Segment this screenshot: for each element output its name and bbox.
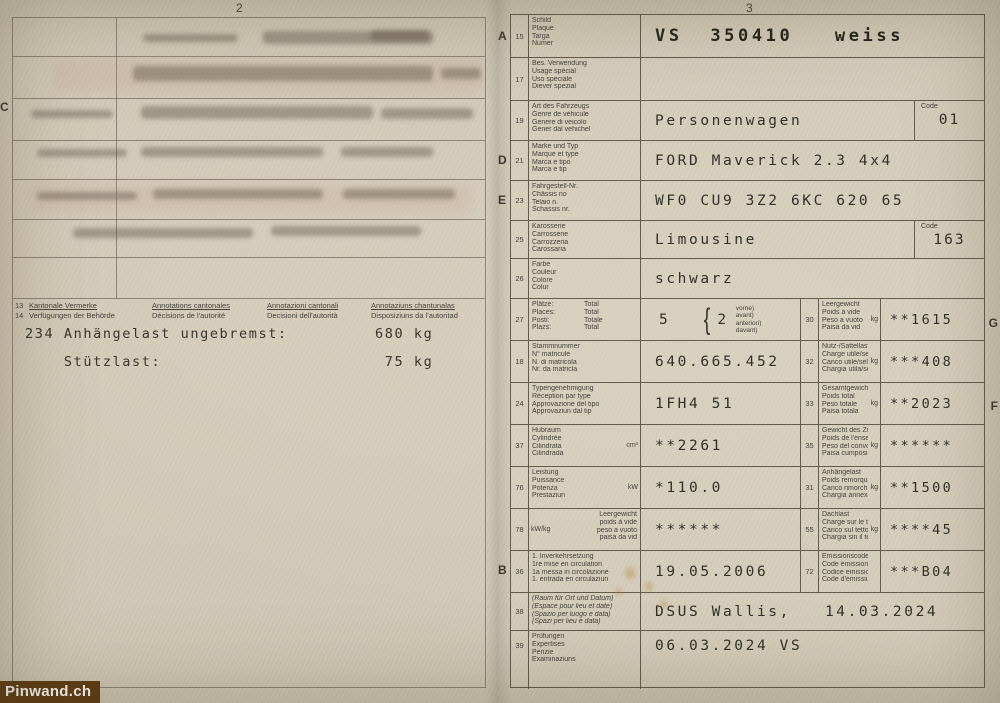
field-value-cell: 19.05.2006 <box>641 551 800 592</box>
label-total: Total <box>584 309 599 317</box>
field-labels: Art des Fahrzeugs Genre de véhicule Gene… <box>529 101 641 140</box>
remarks-header-rm: Annotaziuns chantunalas Disposiziuns da … <box>371 301 458 320</box>
field-value-cell: ****** <box>641 509 800 550</box>
label-de: Gewicht des Zuges <box>822 427 868 435</box>
label-rm: Paisa totala <box>822 408 868 416</box>
roof-load-value: ****45 <box>890 522 953 538</box>
field-labels: Karosserie Carrosserie Carrozzeria Caros… <box>529 221 641 258</box>
code-cell: Code 01 <box>914 101 984 140</box>
power-weight-value: ****** <box>655 522 723 538</box>
remarks-header-it: Annotazioni cantonali Decisioni dell'aut… <box>267 301 338 320</box>
field-76-power: 76 Leistung Puissance Potenza Prestaziun… <box>511 467 801 508</box>
field-value-cell: Limousine <box>641 221 914 258</box>
label-de: Leergewicht <box>532 511 638 519</box>
field-18-serial: 18 Stammnummer N° matricule N. di matric… <box>511 341 801 382</box>
label-de: Dachlast <box>822 511 868 519</box>
train-weight-value: ****** <box>890 438 953 454</box>
field-number: 21 <box>511 141 529 180</box>
field-labels: Stammnummer N° matricule N. di matricola… <box>529 341 641 382</box>
label-it: Peso a vuoto <box>822 317 868 325</box>
label-it: Uso speciale <box>532 76 638 84</box>
remarks-header-de: Kantonale Vermerke Verfügungen der Behör… <box>29 301 115 320</box>
label-it: Peso totale <box>822 401 868 409</box>
field-row-25: 25 Karosserie Carrosserie Carrozzeria Ca… <box>511 221 984 259</box>
label-rm: paisa da vid <box>532 534 638 542</box>
label-de: Typengenehmigung <box>532 385 638 393</box>
paper-stain <box>625 567 635 579</box>
label-de: Karosserie <box>532 223 638 231</box>
field-value-cell: Personenwagen <box>641 101 914 140</box>
label-de: Hubraum <box>532 427 638 435</box>
field-value-cell: **1500 <box>881 467 984 508</box>
field-55-roof-load: 55 Dachlast Charge sur le toit Carico su… <box>801 509 984 550</box>
field-row-15-plate: 15 Schild Plaque Targa Numer VS 350410 w… <box>511 15 984 58</box>
field-labels: Dachlast Charge sur le toit Carico sul t… <box>819 509 881 550</box>
field-row-17: 17 Bes. Verwendung Usage spécial Uso spe… <box>511 58 984 101</box>
label-de: Nutz-/Sattellast <box>822 343 868 351</box>
emission-code-value: ***B04 <box>890 564 953 580</box>
label-fr: Puissance <box>532 477 638 485</box>
field-number: 36 <box>511 551 529 592</box>
label-rm: Code d'emissiuns <box>822 576 868 584</box>
label-de: vorne) <box>736 305 762 312</box>
label-it: Targa <box>532 33 638 41</box>
field-number: 38 <box>511 593 529 630</box>
redacted-text <box>37 192 137 200</box>
label-it: Colore <box>532 277 638 285</box>
margin-letter-a: A <box>498 29 507 43</box>
label-fr: Code émissions <box>822 561 868 569</box>
field-number: 35 <box>801 425 819 466</box>
label-rm: Marca e tip <box>532 166 638 174</box>
label-rm: Prestaziun <box>532 492 638 500</box>
label-de: Schild <box>532 17 638 25</box>
field-row-18-32: 18 Stammnummer N° matricule N. di matric… <box>511 341 984 383</box>
redacted-text <box>141 106 373 119</box>
redacted-text <box>143 34 238 42</box>
field-36-first-registration: 36 1. Inverkehrsetzung 1re mise en circu… <box>511 551 801 592</box>
field-value-cell: ****** <box>881 425 984 466</box>
code-cell: Code 163 <box>914 221 984 258</box>
label-de: Leergewicht <box>822 301 868 309</box>
field-labels: Leistung Puissance Potenza Prestaziun kW <box>529 467 641 508</box>
field-labels: kW/kg Leergewicht poids à vide peso a vu… <box>529 509 641 550</box>
redacted-text <box>141 147 323 157</box>
label-it: anteriori) <box>736 320 762 327</box>
label-fr: N° matricule <box>532 351 638 359</box>
field-row-26: 26 Farbe Couleur Colore Colur schwarz <box>511 259 984 299</box>
field-labels: Gewicht des Zuges Poids de l'ensemble Pe… <box>819 425 881 466</box>
label-rm: Carossaria <box>532 246 638 254</box>
remark-text: Stützlast: <box>25 354 161 370</box>
label-it: (Spazio per luogo e data) <box>532 611 638 619</box>
field-number: 33 <box>801 383 819 424</box>
field-number: 31 <box>801 467 819 508</box>
paper-stain <box>616 588 622 595</box>
field-number: 32 <box>801 341 819 382</box>
label-rm: (Spazi per lieu e data) <box>532 618 638 626</box>
unit-label: kW <box>628 484 638 492</box>
label-fr: Usage spécial <box>532 68 638 76</box>
remarks-header-line: Kantonale Vermerke <box>29 301 97 310</box>
code-label: Code <box>915 103 938 110</box>
label-de: Leistung <box>532 469 638 477</box>
label-it: Carico rimorchiato <box>822 485 868 493</box>
field-row-76-31: 76 Leistung Puissance Potenza Prestaziun… <box>511 467 984 509</box>
field-33-total-weight: 33 Gesamtgewicht Poids total Peso totale… <box>801 383 984 424</box>
field-27-seats: 27 Plätze:Total Places:Total Posti:Total… <box>511 299 801 340</box>
field-number: 78 <box>511 509 529 550</box>
label-de: (Raum für Ort und Datum) <box>532 595 638 603</box>
vehicle-type-value: Personenwagen <box>655 113 802 129</box>
field-number: 30 <box>801 299 819 340</box>
redacted-text <box>271 226 421 236</box>
table-line <box>13 179 485 180</box>
label-fr: Poids remorquable <box>822 477 868 485</box>
left-page-table: 13 14 Kantonale Vermerke Verfügungen der… <box>12 17 486 688</box>
label-rm: Colur <box>532 284 638 292</box>
front-seat-labels: vorne) avant) anteriori) davant) <box>736 305 762 335</box>
field-labels: Gesamtgewicht Poids total Peso totale Pa… <box>819 383 881 424</box>
label-rm: Plazs: <box>532 324 584 332</box>
label-de: Farbe <box>532 261 638 269</box>
label-de: Gesamtgewicht <box>822 385 868 393</box>
field-number: 26 <box>511 259 529 298</box>
field-value-cell: **2261 <box>641 425 800 466</box>
page-number-left: 2 <box>236 1 243 15</box>
field-labels: Schild Plaque Targa Numer <box>529 15 641 57</box>
label-it: 1a messa in circolazione <box>532 569 638 577</box>
field-row-27-30: 27 Plätze:Total Places:Total Posti:Total… <box>511 299 984 341</box>
label-de: Emissionscode <box>822 553 868 561</box>
label-rm: Schassis nr. <box>532 206 638 214</box>
paper-stain <box>660 600 667 607</box>
label-fr: Poids à vide <box>822 309 868 317</box>
margin-letter-d: D <box>498 153 507 167</box>
field-number: 27 <box>511 299 529 340</box>
label-it: Carico sul tetto <box>822 527 868 535</box>
field-number: 15 <box>511 15 529 57</box>
field-labels: Fahrgestell-Nr. Châssis no Telaio n. Sch… <box>529 181 641 220</box>
label-rm: Examinaziuns <box>532 656 638 664</box>
label-de: Plätze: <box>532 301 584 309</box>
field-31-trailer-load: 31 Anhängelast Poids remorquable Carico … <box>801 467 984 508</box>
label-fr: Poids total <box>822 393 868 401</box>
remarks-header-line: Verfügungen der Behörde <box>29 311 115 320</box>
remarks-header-line: Annotaziuns chantunalas <box>371 301 455 310</box>
label-it: N. di matricola <box>532 359 638 367</box>
unit-label: kg <box>871 526 878 534</box>
empty-weight-value: **1615 <box>890 312 953 328</box>
field-37-displacement: 37 Hubraum Cylindrée Cilindrata Cilindra… <box>511 425 801 466</box>
label-rm: Paisa cumposiziun <box>822 450 868 458</box>
field-number: 18 <box>511 341 529 382</box>
field-number: 39 <box>511 631 529 689</box>
field-number: 17 <box>511 58 529 100</box>
code-label: Code <box>915 223 938 230</box>
redacted-text <box>441 68 481 79</box>
right-page-table: A D E B G F 15 Schild Plaque Targa Numer… <box>510 14 985 688</box>
field-value-cell: WF0 CU9 3Z2 6KC 620 65 <box>641 181 984 220</box>
field-value-cell: ***408 <box>881 341 984 382</box>
field-labels: Typengenehmigung Réception par type Appr… <box>529 383 641 424</box>
margin-letter-b: B <box>498 563 507 577</box>
field-value-cell: **1615 <box>881 299 984 340</box>
field-labels: Hubraum Cylindrée Cilindrata Cilindrada … <box>529 425 641 466</box>
paper-stain <box>645 582 653 591</box>
field-32-payload: 32 Nutz-/Sattellast Charge utile/sellett… <box>801 341 984 382</box>
field-value-cell: VS 350410 weiss <box>641 15 984 57</box>
label-it: Carico utile/sella <box>822 359 868 367</box>
table-line <box>13 219 485 220</box>
table-line <box>13 298 485 299</box>
inspection-date-value: 06.03.2024 VS <box>655 638 802 654</box>
remarks-header-line: Decisioni dell'autorità <box>267 311 338 320</box>
field-78-power-weight-ratio: 78 kW/kg Leergewicht poids à vide peso a… <box>511 509 801 550</box>
label-fr: Charge utile/sellette <box>822 351 868 359</box>
field-value-cell: *110.0 <box>641 467 800 508</box>
label-rm: Gener dal vehichel <box>532 126 638 134</box>
label-total: Total <box>584 301 599 309</box>
label-it: Telaio n. <box>532 199 638 207</box>
label-de: Anhängelast <box>822 469 868 477</box>
label-fr: 1re mise en circulation <box>532 561 638 569</box>
payload-value: ***408 <box>890 354 953 370</box>
label-rm: 1. entrada en circulaziun <box>532 576 638 584</box>
power-value: *110.0 <box>655 480 723 496</box>
field-labels: Marke und Typ Marque et type Marca e tip… <box>529 141 641 180</box>
redacted-text <box>371 30 429 41</box>
label-rm: Numer <box>532 40 638 48</box>
watermark: Pinwand.ch <box>0 681 100 703</box>
unit-label: kg <box>871 400 878 408</box>
label-fr: avant) <box>736 312 762 319</box>
field-value-cell: DSUS Wallis, 14.03.2024 <box>641 593 984 630</box>
label-it: Codice emissioni <box>822 569 868 577</box>
field-value-cell: schwarz <box>641 259 984 298</box>
label-fr: Cylindrée <box>532 435 638 443</box>
field-value-cell: **2023 <box>881 383 984 424</box>
table-line <box>13 98 485 99</box>
label-fr: Réception par type <box>532 393 638 401</box>
field-row-19: 19 Art des Fahrzeugs Genre de véhicule G… <box>511 101 984 141</box>
label-it: Potenza <box>532 485 638 493</box>
label-it: Posti: <box>532 317 584 325</box>
unit-label: kg <box>871 484 878 492</box>
seats-total-value: 5 <box>659 312 670 328</box>
label-it: Peso del convoglio <box>822 443 868 451</box>
label-rm: Approvaziun dal tip <box>532 408 638 416</box>
field-number: 19 <box>511 101 529 140</box>
chassis-number-value: WF0 CU9 3Z2 6KC 620 65 <box>655 193 904 209</box>
field-labels: Leergewicht Poids à vide Peso a vuoto Pa… <box>819 299 881 340</box>
label-fr: Carrosserie <box>532 231 638 239</box>
remarks-header-line: Annotazioni cantonali <box>267 301 338 310</box>
type-approval-value: 1FH4 51 <box>655 396 734 412</box>
redacted-text <box>133 66 433 81</box>
label-fr: Places: <box>532 309 584 317</box>
place-date-value: DSUS Wallis, 14.03.2024 <box>655 604 938 620</box>
field-number: 76 <box>511 467 529 508</box>
label-it: Carrozzeria <box>532 239 638 247</box>
table-line <box>13 257 485 258</box>
field-row-23: 23 Fahrgestell-Nr. Châssis no Telaio n. … <box>511 181 984 221</box>
field-row-38-place-date: 38 (Raum für Ort und Datum) (Espace pour… <box>511 593 984 631</box>
label-fr: Plaque <box>532 25 638 33</box>
code-value: 01 <box>939 112 960 128</box>
field-value-cell: 1FH4 51 <box>641 383 800 424</box>
remarks-header-line: Décisions de l'autorité <box>152 311 225 320</box>
label-de: Prüfungen <box>532 633 638 641</box>
field-number: 25 <box>511 221 529 258</box>
label-rm: Diever spezial <box>532 83 638 91</box>
field-row-37-35: 37 Hubraum Cylindrée Cilindrata Cilindra… <box>511 425 984 467</box>
field-30-empty-weight: 30 Leergewicht Poids à vide Peso a vuoto… <box>801 299 984 340</box>
remarks-header-line: Annotations cantonales <box>152 301 230 310</box>
unit-label: kW/kg <box>531 526 550 534</box>
label-total: Totale <box>584 317 603 325</box>
label-rm: Chargia annexa <box>822 492 868 500</box>
label-de: Art des Fahrzeugs <box>532 103 638 111</box>
remark-value: 680 kg <box>375 326 433 342</box>
label-fr: (Espace pour lieu et date) <box>532 603 638 611</box>
field-row-24-33: 24 Typengenehmigung Réception par type A… <box>511 383 984 425</box>
remark-text: 234 Anhängelast ungebremst: <box>25 326 288 342</box>
field-labels: (Raum für Ort und Datum) (Espace pour li… <box>529 593 641 630</box>
field-35-train-weight: 35 Gewicht des Zuges Poids de l'ensemble… <box>801 425 984 466</box>
field-value-cell: 5 { 2 vorne) avant) anteriori) davant) <box>641 299 800 340</box>
redacted-text <box>37 149 127 157</box>
field-number: 37 <box>511 425 529 466</box>
label-it: Marca e tipo <box>532 159 638 167</box>
label-rm: Chargia sin il tetg <box>822 534 868 542</box>
label-de: Fahrgestell-Nr. <box>532 183 638 191</box>
label-rm: Cilindrada <box>532 450 638 458</box>
redacted-text <box>341 147 433 157</box>
unit-label: kg <box>871 316 878 324</box>
label-rm: Paisa da vid <box>822 324 868 332</box>
table-line <box>13 56 485 57</box>
remark-value: 75 kg <box>375 354 433 370</box>
field-value-cell <box>641 58 984 100</box>
brace-glyph: { <box>704 303 711 337</box>
vehicle-registration-photo: 2 3 C 13 14 <box>0 0 1000 703</box>
table-line <box>13 140 485 141</box>
field-labels: Bes. Verwendung Usage spécial Uso specia… <box>529 58 641 100</box>
unit-label: cm³ <box>626 442 638 450</box>
field-number: 55 <box>801 509 819 550</box>
field-number: 24 <box>511 383 529 424</box>
remarks-field-numbers: 13 14 <box>15 301 23 320</box>
label-total: Total <box>584 324 599 332</box>
label-fr: Châssis no <box>532 191 638 199</box>
unit-label: kg <box>871 442 878 450</box>
field-labels: Anhängelast Poids remorquable Carico rim… <box>819 467 881 508</box>
displacement-value: **2261 <box>655 438 723 454</box>
redacted-text <box>73 228 253 238</box>
page-number-right: 3 <box>746 1 753 15</box>
field-labels: Plätze:Total Places:Total Posti:Totale P… <box>529 299 641 340</box>
field-number-14: 14 <box>15 311 23 320</box>
label-fr: Genre de véhicule <box>532 111 638 119</box>
total-weight-value: **2023 <box>890 396 953 412</box>
unit-label: kg <box>871 358 878 366</box>
label-rm: Chargia utila/sella <box>822 366 868 374</box>
field-value-cell: 640.665.452 <box>641 341 800 382</box>
field-number-13: 13 <box>15 301 23 310</box>
label-de: Marke und Typ <box>532 143 638 151</box>
margin-letter-g: G <box>989 316 998 330</box>
seats-front-value: 2 <box>717 312 728 328</box>
label-it: Genere di veicolo <box>532 119 638 127</box>
plate-number-value: VS 350410 weiss <box>655 26 904 46</box>
field-value-cell: FORD Maverick 2.3 4x4 <box>641 141 984 180</box>
label-it: Approvazione del tipo <box>532 401 638 409</box>
redacted-text <box>153 189 323 199</box>
margin-letter-e: E <box>498 193 506 207</box>
label-fr: Poids de l'ensemble <box>822 435 868 443</box>
remarks-header-fr: Annotations cantonales Décisions de l'au… <box>152 301 230 320</box>
trailer-load-value: **1500 <box>890 480 953 496</box>
field-value-cell: ****45 <box>881 509 984 550</box>
make-type-value: FORD Maverick 2.3 4x4 <box>655 153 893 169</box>
field-value-cell: 06.03.2024 VS <box>641 631 984 689</box>
label-fr: Expertises <box>532 641 638 649</box>
field-row-21: 21 Marke und Typ Marque et type Marca e … <box>511 141 984 181</box>
redacted-text <box>31 110 113 118</box>
field-row-39-inspections: 39 Prüfungen Expertises Perizie Examinaz… <box>511 631 984 689</box>
field-value-cell: ***B04 <box>881 551 984 592</box>
label-rm: Nr. da matricla <box>532 366 638 374</box>
field-72-emission-code: 72 Emissionscode Code émissions Codice e… <box>801 551 984 592</box>
body-type-value: Limousine <box>655 232 757 248</box>
label-it: Cilindrata <box>532 443 638 451</box>
field-labels: Farbe Couleur Colore Colur <box>529 259 641 298</box>
code-value: 163 <box>933 232 965 248</box>
field-labels: Prüfungen Expertises Perizie Examinaziun… <box>529 631 641 689</box>
label-fr: Charge sur le toit <box>822 519 868 527</box>
label-fr: Couleur <box>532 269 638 277</box>
label-it: Perizie <box>532 649 638 657</box>
redacted-text <box>381 108 473 119</box>
field-number: 23 <box>511 181 529 220</box>
label-de: Bes. Verwendung <box>532 60 638 68</box>
label-de: 1. Inverkehrsetzung <box>532 553 638 561</box>
label-fr: Marque et type <box>532 151 638 159</box>
field-number: 72 <box>801 551 819 592</box>
field-labels: Nutz-/Sattellast Charge utile/sellette C… <box>819 341 881 382</box>
first-registration-value: 19.05.2006 <box>655 564 768 580</box>
margin-letter-c: C <box>0 100 9 114</box>
color-value: schwarz <box>655 271 734 287</box>
page-gutter-shadow <box>486 0 512 703</box>
margin-letter-f: F <box>991 399 998 413</box>
label-rm: davant) <box>736 327 762 334</box>
label-de: Stammnummer <box>532 343 638 351</box>
redacted-text <box>343 189 455 199</box>
remarks-header-line: Disposiziuns da l'autoritad <box>371 311 458 320</box>
serial-number-value: 640.665.452 <box>655 354 780 370</box>
field-row-78-55: 78 kW/kg Leergewicht poids à vide peso a… <box>511 509 984 551</box>
field-24-type-approval: 24 Typengenehmigung Réception par type A… <box>511 383 801 424</box>
field-labels: Emissionscode Code émissions Codice emis… <box>819 551 881 592</box>
field-row-36-72: 36 1. Inverkehrsetzung 1re mise en circu… <box>511 551 984 593</box>
